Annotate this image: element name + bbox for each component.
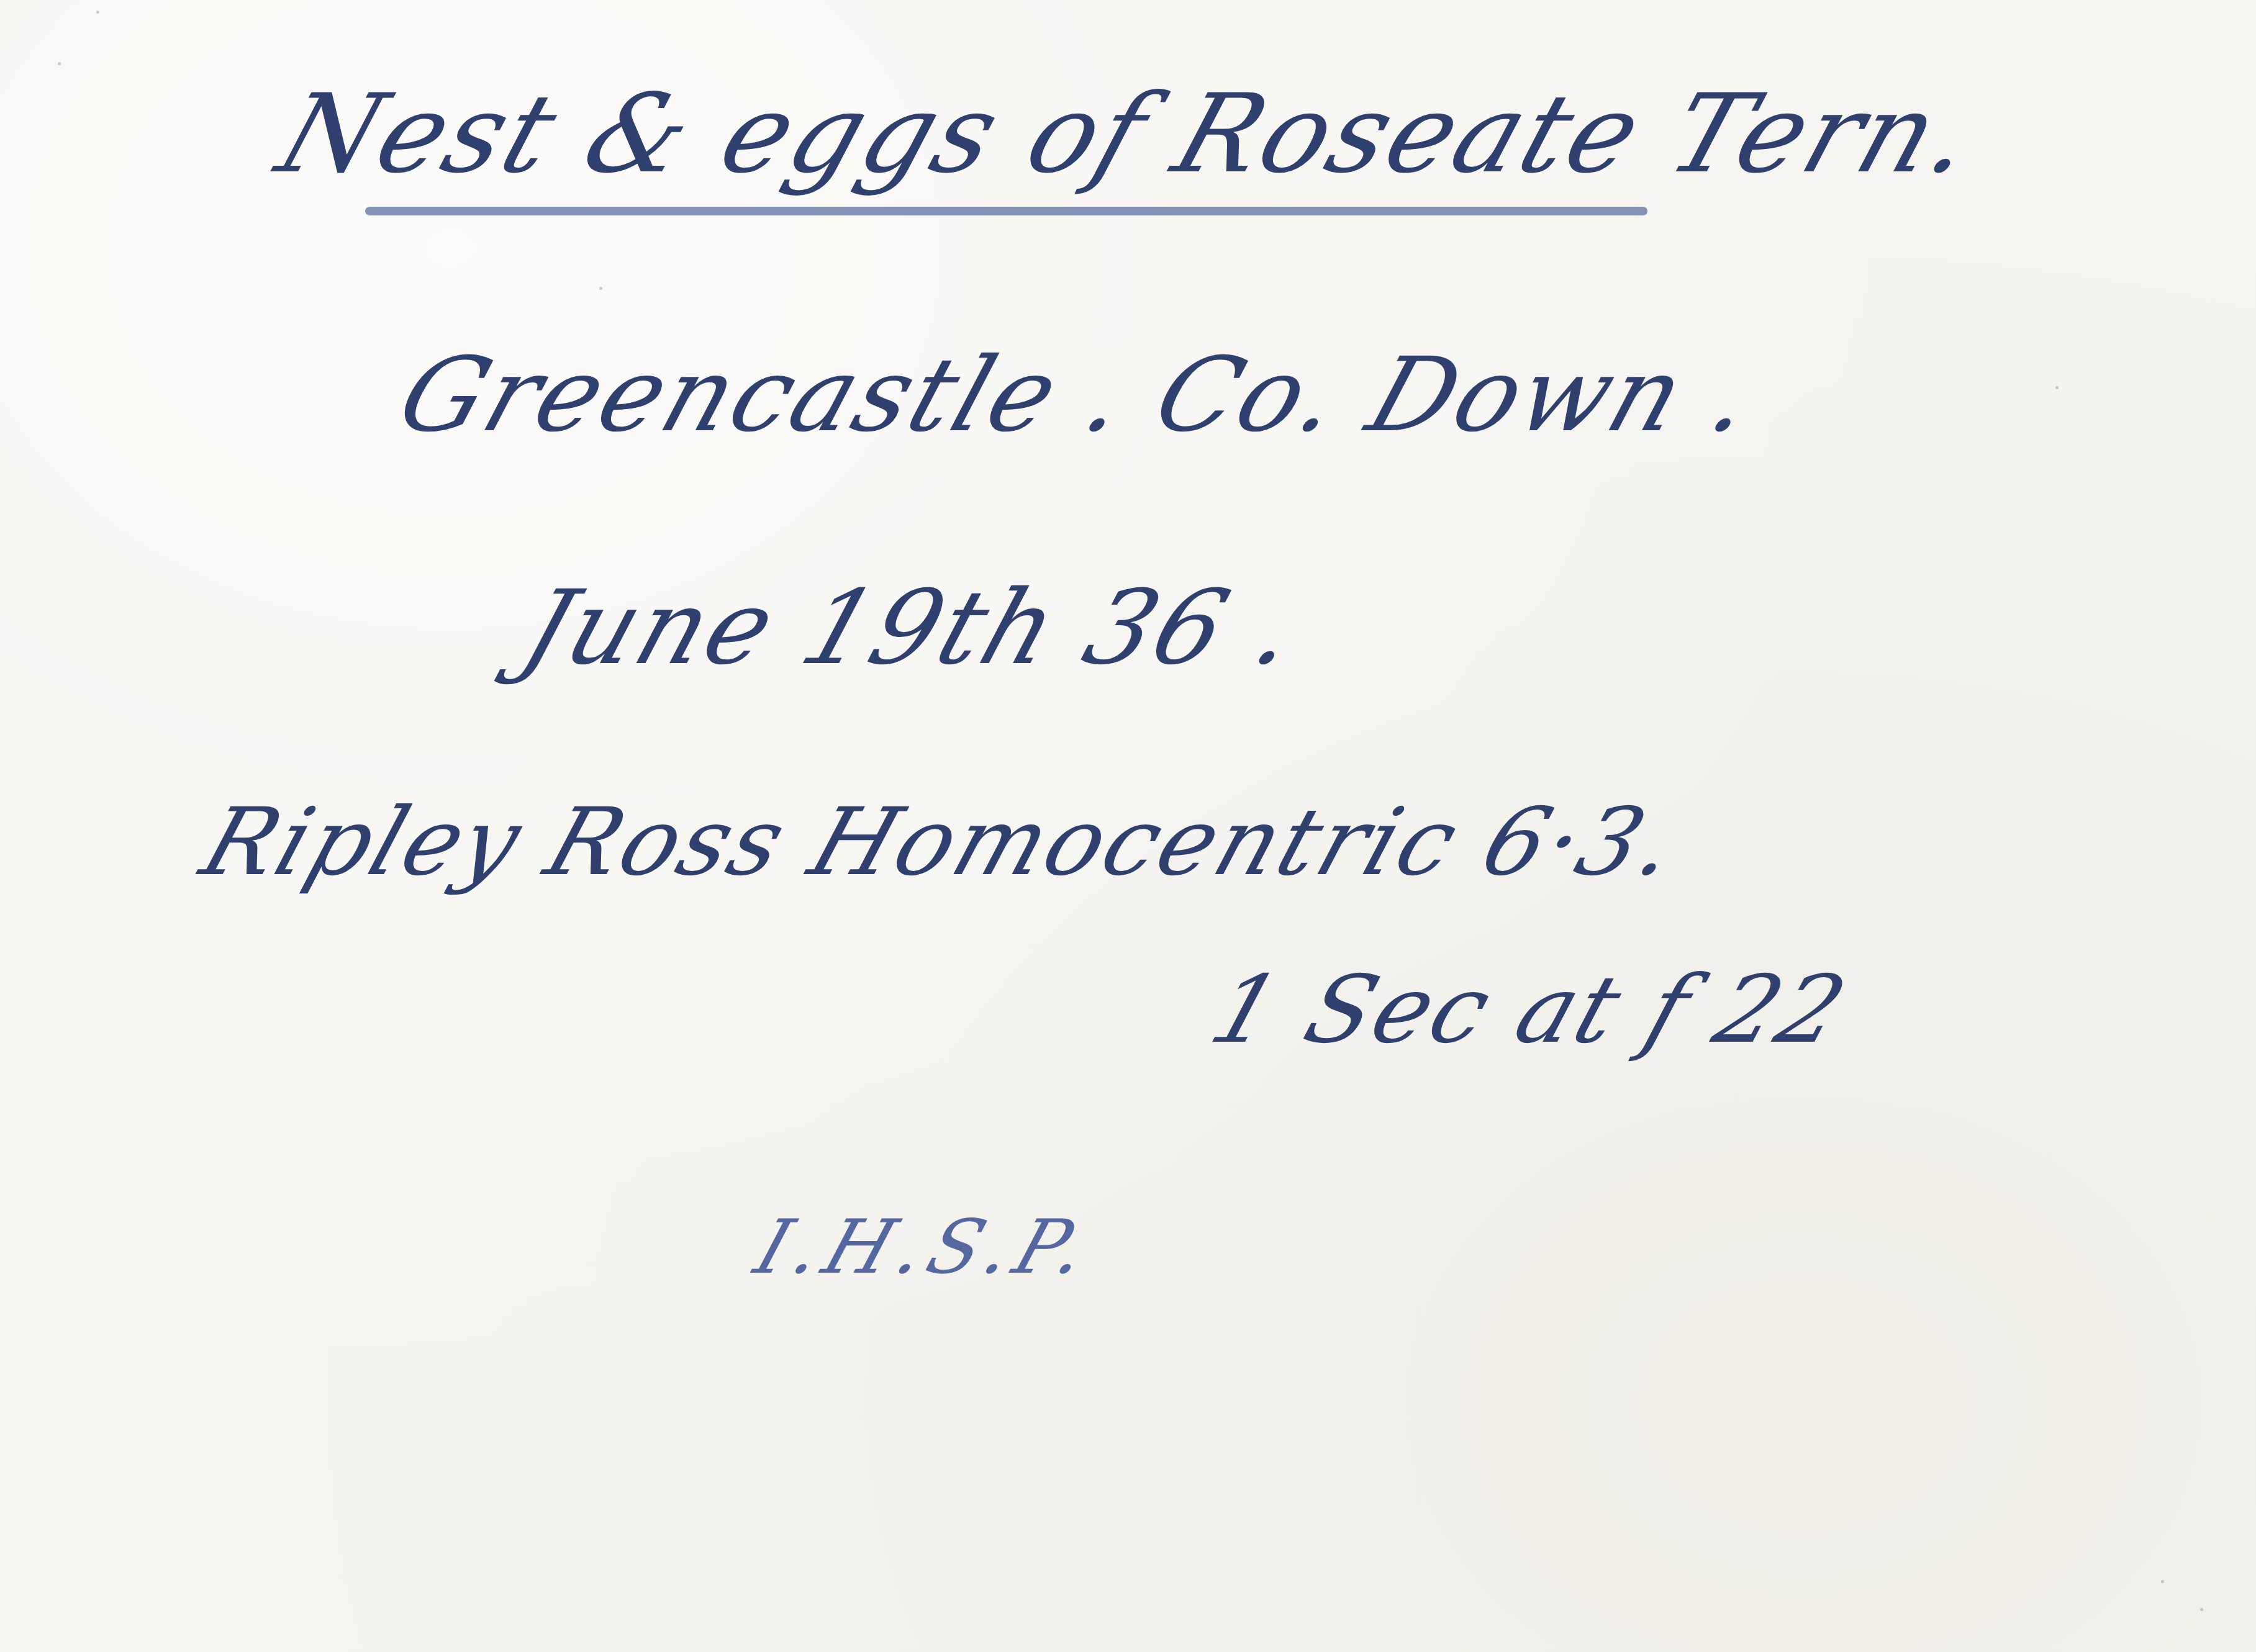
title-underline	[365, 207, 1647, 215]
note-exposure: 1 Sec at f 22	[1198, 956, 1860, 1064]
paper-speck	[2161, 1580, 2164, 1583]
paper-speck	[2055, 386, 2059, 389]
paper-speck	[58, 62, 61, 65]
note-camera-lens: Ripley Ross Homocentric 6·3.	[189, 788, 1692, 896]
note-location: Greencastle . Co. Down .	[385, 335, 1771, 454]
paper-speck	[96, 11, 99, 14]
paper-speck	[2200, 1608, 2203, 1611]
paper-speck	[599, 287, 602, 290]
note-title: Nest & eggs of Roseate Tern.	[264, 71, 1993, 197]
note-initials-signature: I.H.S.P.	[745, 1204, 1105, 1291]
note-date: June 19th 36 .	[509, 568, 1315, 687]
